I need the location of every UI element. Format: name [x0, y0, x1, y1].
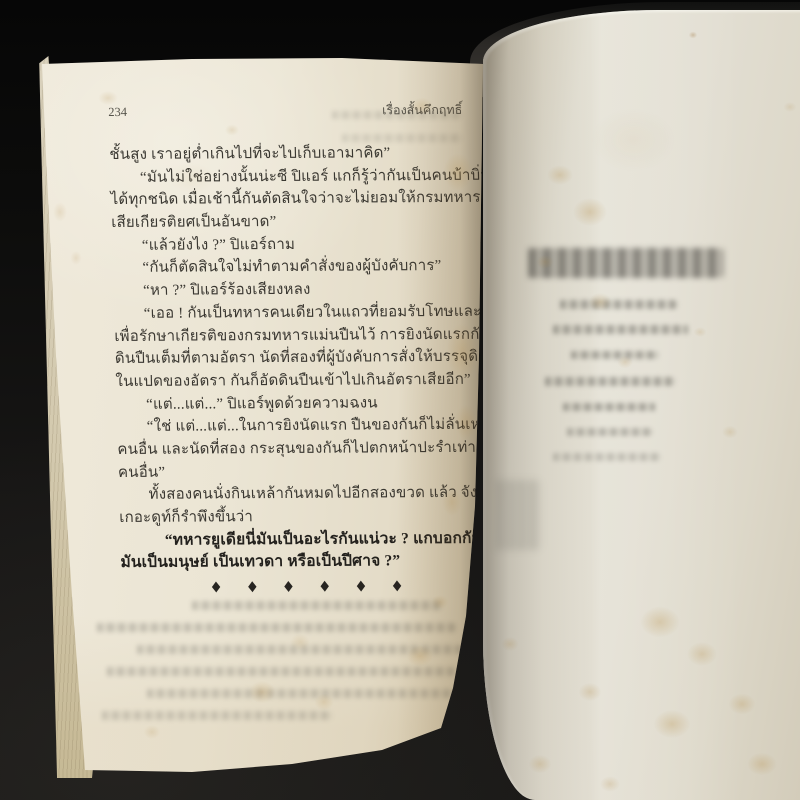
left-page: 234 เรื่องสั้นคึกฤทธิ์ ชั้นสูง เราอยู่ต่… [42, 56, 484, 772]
right-page [483, 10, 800, 800]
gutter-shadow-right [483, 10, 800, 800]
gutter-shadow-left [42, 56, 484, 772]
